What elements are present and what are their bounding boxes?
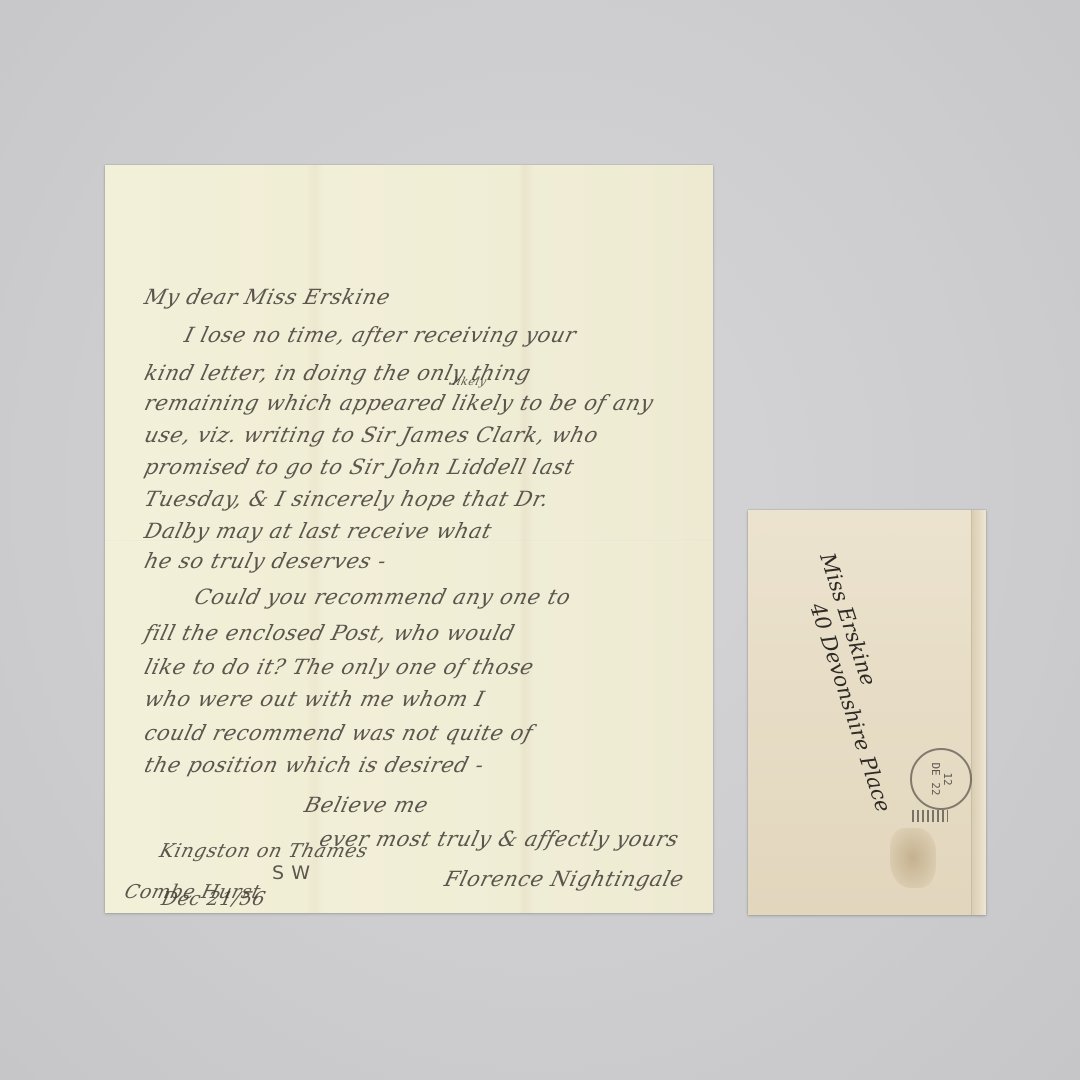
letter-line: Tuesday, & I sincerely hope that Dr. [142,487,552,511]
letter-line: fill the enclosed Post, who would [142,621,517,645]
letter-line: Dalby may at last receive what [142,519,495,543]
envelope-flap [971,510,986,915]
postmark-cancellation-bars [912,810,948,822]
letter-closing: Believe me [302,793,431,817]
letter-line: I lose no time, after receiving your [182,323,579,347]
postmark-day: 12 [941,772,953,785]
postmark-date: DE 22 [929,762,941,795]
letter-line: like to do it? The only one of those [142,655,537,679]
envelope [748,510,986,915]
letter-line: remaining which appeared likely to be of… [142,391,656,415]
letter-date: Dec 21/56 [159,888,268,910]
letter-sheet: My dear Miss Erskine I lose no time, aft… [105,165,713,913]
sender-address: Kingston on Thames [157,840,370,862]
letter-line: promised to go to Sir John Liddell last [142,455,577,479]
postmark-stamp: 12 DE 22 [910,748,972,810]
letter-salutation: My dear Miss Erskine [142,285,393,309]
letter-line: use, viz. writing to Sir James Clark, wh… [142,423,601,447]
stamp-residue-stain [890,828,936,888]
letter-line: could recommend was not quite of [142,721,536,745]
letter-signature: Florence Nightingale [442,867,687,891]
letter-line: the position which is desired - [142,753,487,777]
interlinear-insert: likely [451,375,488,388]
letter-line: he so truly deserves - [142,549,389,573]
letter-line: who were out with me whom I [142,687,487,711]
sender-address: S W [272,862,311,884]
letter-line: Could you recommend any one to [192,585,573,609]
letter-closing: ever most truly & affectly yours [317,827,681,851]
